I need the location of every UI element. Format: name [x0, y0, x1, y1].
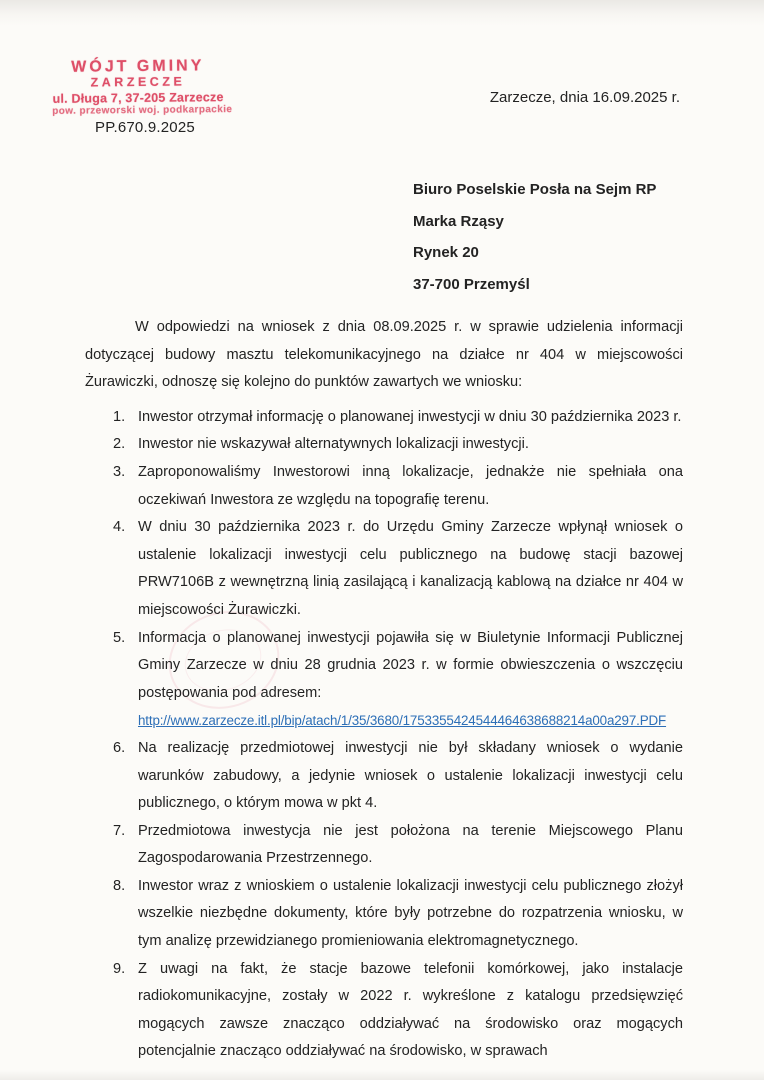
- list-item-text: Inwestor nie wskazywał alternatywnych lo…: [138, 436, 529, 452]
- list-item-text: Na realizację przedmiotowej inwestycji n…: [138, 740, 683, 811]
- recipient-office-line: Biuro Poselskie Posła na Sejm RP: [413, 174, 656, 206]
- recipient-address-block: Biuro Poselskie Posła na Sejm RP Marka R…: [413, 174, 656, 300]
- recipient-city-line: 37-700 Przemyśl: [413, 269, 656, 301]
- list-item-number: 4.: [113, 514, 125, 542]
- list-item: 3. Zaproponowaliśmy Inwestorowi inną lok…: [85, 459, 683, 514]
- recipient-street-line: Rynek 20: [413, 237, 656, 269]
- list-item: 4. W dniu 30 października 2023 r. do Urz…: [85, 514, 683, 624]
- list-item-text: Z uwagi na fakt, że stacje bazowe telefo…: [138, 961, 683, 1060]
- sender-office-stamp: WÓJT GMINY ZARZECZE ul. Długa 7, 37-205 …: [52, 57, 225, 117]
- intro-paragraph: W odpowiedzi na wniosek z dnia 08.09.202…: [85, 314, 683, 397]
- bip-attachment-link[interactable]: http://www.zarzecze.itl.pl/bip/atach/1/3…: [138, 707, 683, 735]
- list-item: 5. Informacja o planowanej inwestycji po…: [85, 625, 683, 735]
- recipient-name-line: Marka Rząsy: [413, 206, 656, 238]
- stamp-district-line: pow. przeworski woj. podkarpackie: [52, 104, 224, 117]
- reference-number: PP.670.9.2025: [95, 119, 195, 136]
- list-item-text: Przedmiotowa inwestycja nie jest położon…: [138, 823, 683, 867]
- list-item-number: 2.: [113, 431, 125, 459]
- place-and-date-line: Zarzecze, dnia 16.09.2025 r.: [490, 89, 680, 106]
- list-item-number: 8.: [113, 873, 125, 901]
- list-item: 7. Przedmiotowa inwestycja nie jest poło…: [85, 818, 683, 873]
- list-item-text: Zaproponowaliśmy Inwestorowi inną lokali…: [138, 464, 683, 508]
- list-item-text: Inwestor wraz z wnioskiem o ustalenie lo…: [138, 878, 683, 949]
- list-item-text: W dniu 30 października 2023 r. do Urzędu…: [138, 519, 683, 618]
- list-item-number: 1.: [113, 404, 125, 432]
- letter-body: W odpowiedzi na wniosek z dnia 08.09.202…: [85, 314, 683, 1066]
- numbered-points-list: 1. Inwestor otrzymał informację o planow…: [85, 404, 683, 1066]
- list-item-number: 6.: [113, 735, 125, 763]
- scan-noise-bottom: [0, 1070, 764, 1080]
- list-item: 6. Na realizację przedmiotowej inwestycj…: [85, 735, 683, 818]
- list-item: 8. Inwestor wraz z wnioskiem o ustalenie…: [85, 873, 683, 956]
- list-item-text: Inwestor otrzymał informację o planowane…: [138, 409, 681, 425]
- list-item: 2. Inwestor nie wskazywał alternatywnych…: [85, 431, 683, 459]
- list-item-number: 5.: [113, 625, 125, 653]
- list-item-text: Informacja o planowanej inwestycji pojaw…: [138, 630, 683, 701]
- list-item-number: 9.: [113, 956, 125, 984]
- list-item-number: 3.: [113, 459, 125, 487]
- stamp-office-name: WÓJT GMINY: [52, 57, 224, 77]
- list-item: 1. Inwestor otrzymał informację o planow…: [85, 404, 683, 432]
- scan-noise-top: [0, 0, 764, 26]
- scanned-letter-page: WÓJT GMINY ZARZECZE ul. Długa 7, 37-205 …: [0, 0, 764, 1080]
- list-item: 9. Z uwagi na fakt, że stacje bazowe tel…: [85, 956, 683, 1066]
- list-item-number: 7.: [113, 818, 125, 846]
